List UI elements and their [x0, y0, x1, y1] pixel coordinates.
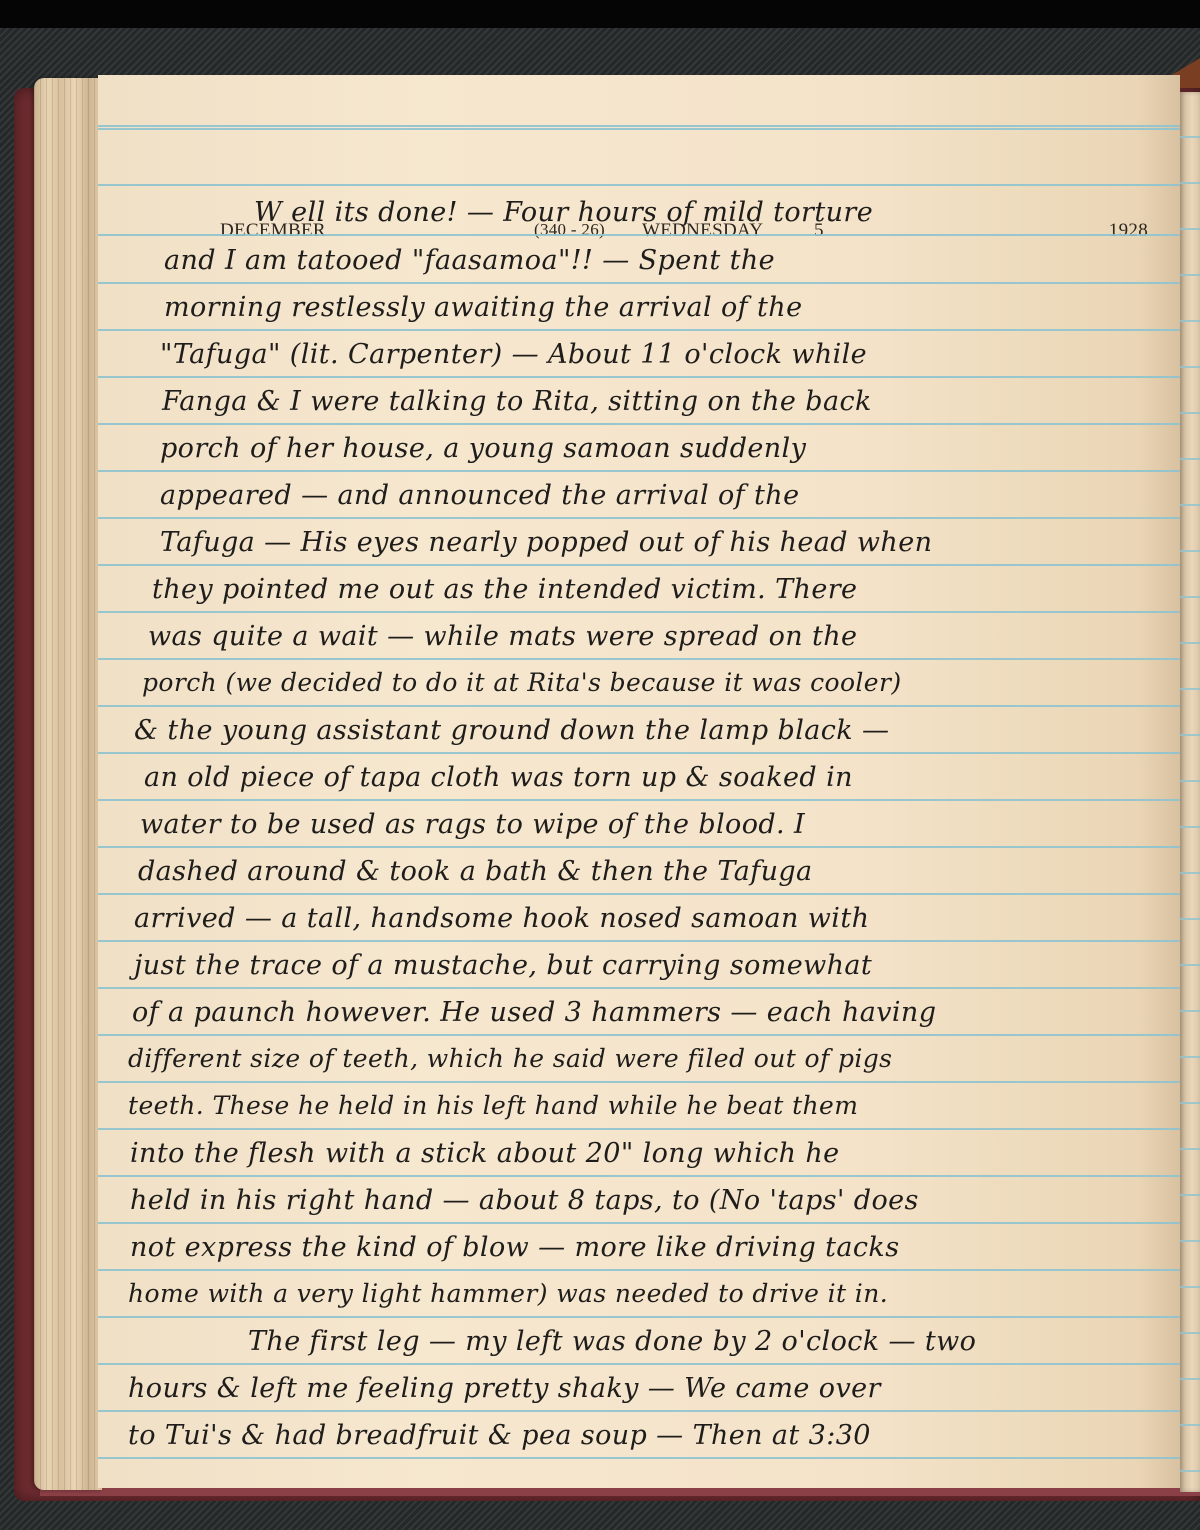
ruled-line	[98, 611, 1180, 613]
ruled-line	[98, 329, 1180, 331]
handwritten-line: they pointed me out as the intended vict…	[98, 574, 1180, 605]
handwritten-line: teeth. These he held in his left hand wh…	[98, 1091, 1180, 1120]
ruled-line	[98, 1410, 1180, 1412]
handwritten-line: The first leg — my left was done by 2 o'…	[98, 1326, 1180, 1357]
handwritten-line: W ell its done! — Four hours of mild tor…	[98, 197, 1180, 228]
ruled-line	[98, 1269, 1180, 1271]
handwritten-line: to Tui's & had breadfruit & pea soup — T…	[98, 1420, 1180, 1451]
handwritten-line: home with a very light hammer) was neede…	[98, 1279, 1180, 1308]
handwritten-line: Fanga & I were talking to Rita, sitting …	[98, 386, 1180, 417]
ruled-line	[98, 1128, 1180, 1130]
ruled-line	[98, 1222, 1180, 1224]
ruled-line	[98, 1316, 1180, 1318]
handwritten-line: porch of her house, a young samoan sudde…	[98, 433, 1180, 464]
ruled-line	[98, 1175, 1180, 1177]
handwritten-line: & the young assistant ground down the la…	[98, 715, 1180, 746]
ruled-line	[98, 893, 1180, 895]
handwritten-line: not express the kind of blow — more like…	[98, 1232, 1180, 1263]
handwritten-line: and I am tatooed "faasamoa"!! — Spent th…	[98, 245, 1180, 276]
ruled-line	[98, 1034, 1180, 1036]
handwritten-line: into the flesh with a stick about 20" lo…	[98, 1138, 1180, 1169]
diary-page: DECEMBER (340 - 26) WEDNESDAY 5 1928 W e…	[98, 75, 1180, 1488]
ruled-line	[98, 1363, 1180, 1365]
handwritten-line: just the trace of a mustache, but carryi…	[98, 950, 1180, 981]
ruled-line	[98, 234, 1180, 236]
handwritten-line: porch (we decided to do it at Rita's bec…	[98, 668, 1180, 697]
ruled-line	[98, 940, 1180, 942]
handwritten-line: was quite a wait — while mats were sprea…	[98, 621, 1180, 652]
ruled-line	[98, 376, 1180, 378]
handwritten-line: "Tafuga" (lit. Carpenter) — About 11 o'c…	[98, 339, 1180, 370]
ruled-line	[98, 752, 1180, 754]
handwritten-line: held in his right hand — about 8 taps, t…	[98, 1185, 1180, 1216]
handwritten-line: different size of teeth, which he said w…	[98, 1044, 1180, 1073]
page-stack-edge	[34, 78, 102, 1490]
ruled-line	[98, 987, 1180, 989]
ruled-line	[98, 658, 1180, 660]
ruled-line	[98, 1081, 1180, 1083]
adjacent-page-edge	[1180, 92, 1200, 1492]
handwritten-line: morning restlessly awaiting the arrival …	[98, 292, 1180, 323]
handwritten-line: appeared — and announced the arrival of …	[98, 480, 1180, 511]
ruled-line	[98, 470, 1180, 472]
cover-bottom-edge	[40, 1488, 1200, 1496]
header-rule	[98, 184, 1180, 186]
top-black-band	[0, 0, 1200, 28]
ruled-line	[98, 799, 1180, 801]
ruled-line	[98, 564, 1180, 566]
handwritten-line: dashed around & took a bath & then the T…	[98, 856, 1180, 887]
handwritten-line: of a paunch however. He used 3 hammers —…	[98, 997, 1180, 1028]
ruled-line	[98, 423, 1180, 425]
handwritten-line: water to be used as rags to wipe of the …	[98, 809, 1180, 840]
handwritten-line: arrived — a tall, handsome hook nosed sa…	[98, 903, 1180, 934]
handwritten-line: Tafuga — His eyes nearly popped out of h…	[98, 527, 1180, 558]
ruled-line	[98, 705, 1180, 707]
ruled-line	[98, 282, 1180, 284]
ruled-line	[98, 846, 1180, 848]
ruled-line	[98, 517, 1180, 519]
top-double-rule	[98, 125, 1180, 130]
handwritten-line: hours & left me feeling pretty shaky — W…	[98, 1373, 1180, 1404]
ruled-line	[98, 1457, 1180, 1459]
handwritten-line: an old piece of tapa cloth was torn up &…	[98, 762, 1180, 793]
